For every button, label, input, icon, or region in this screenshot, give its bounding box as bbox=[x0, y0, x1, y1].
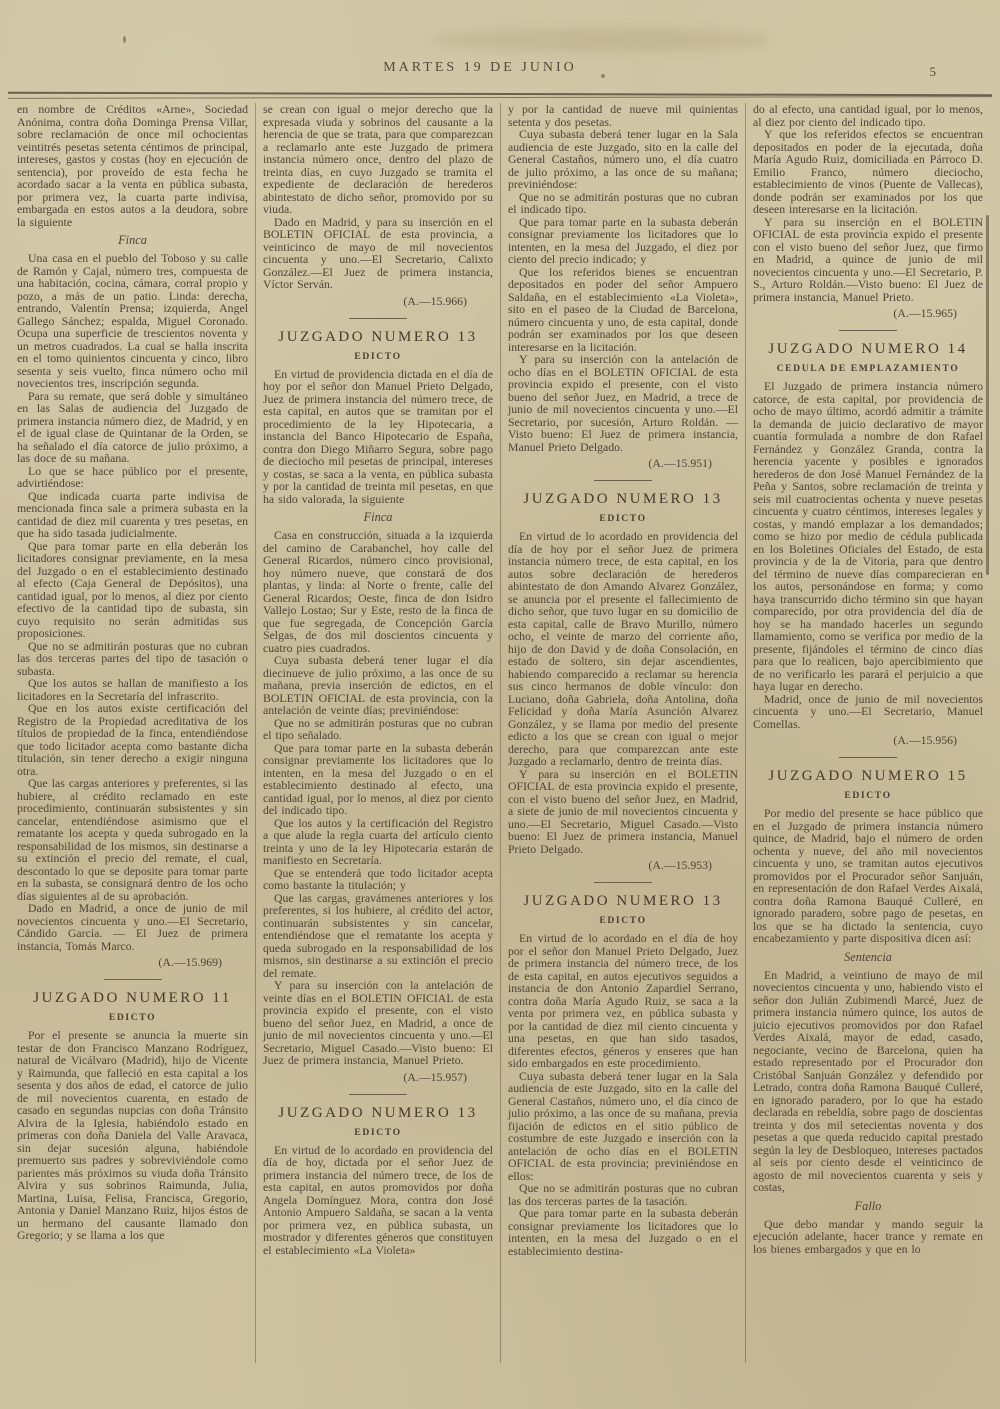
section-separator bbox=[594, 480, 652, 481]
notice-type-label: CEDULA DE EMPLAZAMIENTO bbox=[753, 363, 983, 374]
notice-type-label: EDICTO bbox=[753, 790, 983, 801]
paragraph: en nombre de Créditos «Arne», Sociedad A… bbox=[17, 103, 248, 228]
paragraph: Y para su inserción con la antelación de… bbox=[508, 353, 738, 453]
ghost-print-smudge bbox=[430, 28, 770, 52]
paragraph: y por la cantidad de nueve mil quinienta… bbox=[508, 103, 738, 128]
paragraph: Que no se admitirán posturas que no cubr… bbox=[508, 191, 738, 216]
paragraph: Que los autos y la certificación del Reg… bbox=[263, 817, 493, 867]
paragraph: Que no se admitirán posturas que no cubr… bbox=[17, 640, 248, 678]
column-4: do al efecto, una cantidad igual, por lo… bbox=[745, 103, 990, 1363]
paragraph: Lo que se hace público por el presente, … bbox=[17, 465, 248, 490]
notice-type-label: EDICTO bbox=[508, 915, 738, 926]
paragraph: Que los autos se hallan de manifiesto a … bbox=[17, 677, 248, 702]
paragraph: do al efecto, una cantidad igual, por lo… bbox=[753, 103, 983, 128]
paragraph: Que no se admitirán posturas que no cubr… bbox=[263, 717, 493, 742]
paragraph: En Madrid, a veintiuno de mayo de mil no… bbox=[753, 969, 983, 1194]
paragraph: se crean con igual o mejor derecho que l… bbox=[263, 103, 493, 216]
court-heading: JUZGADO NUMERO 14 bbox=[753, 341, 983, 358]
section-separator bbox=[349, 318, 407, 319]
section-separator bbox=[839, 757, 897, 758]
notice-type-label: EDICTO bbox=[17, 1012, 248, 1023]
subsection-label: Sentencia bbox=[753, 950, 983, 965]
subsection-label: Fallo bbox=[753, 1199, 983, 1214]
paragraph: Que las cargas anteriores y preferentes,… bbox=[17, 777, 248, 902]
paragraph: Dado en Madrid, y para su inserción en e… bbox=[263, 216, 493, 291]
reference-number: (A.—15.965) bbox=[753, 306, 983, 321]
reference-number: (A.—15.957) bbox=[263, 1070, 493, 1085]
court-heading: JUZGADO NUMERO 13 bbox=[508, 893, 738, 910]
header-divider bbox=[8, 93, 992, 98]
paragraph: Dado en Madrid, a once de junio de mil n… bbox=[17, 902, 248, 952]
column-2: se crean con igual o mejor derecho que l… bbox=[255, 103, 500, 1363]
section-separator bbox=[349, 1094, 407, 1095]
paragraph: El Juzgado de primera instancia número c… bbox=[753, 380, 983, 693]
paragraph: En virtud de providencia dictada en el d… bbox=[263, 368, 493, 506]
paragraph: Que en los autos existe certificación de… bbox=[17, 702, 248, 777]
court-heading: JUZGADO NUMERO 13 bbox=[263, 1105, 493, 1122]
column-1: en nombre de Créditos «Arne», Sociedad A… bbox=[10, 103, 255, 1363]
gazette-page: MARTES 19 DE JUNIO 5 en nombre de Crédit… bbox=[0, 0, 1000, 1409]
paragraph: En virtud de lo acordado en providencia … bbox=[508, 530, 738, 768]
paragraph: Que para tomar parte en la subasta deber… bbox=[508, 1207, 738, 1257]
court-heading: JUZGADO NUMERO 11 bbox=[17, 990, 248, 1007]
column-3: y por la cantidad de nueve mil quinienta… bbox=[500, 103, 745, 1363]
subsection-label: Finca bbox=[17, 233, 248, 248]
ink-speck bbox=[601, 74, 605, 78]
page-number: 5 bbox=[930, 64, 937, 80]
ink-speck bbox=[123, 36, 126, 43]
paragraph: Que para tomar parte en la subasta deber… bbox=[263, 742, 493, 817]
paragraph: Por medio del presente se hace público q… bbox=[753, 807, 983, 945]
section-separator bbox=[104, 979, 162, 980]
paragraph: Una casa en el pueblo del Toboso y su ca… bbox=[17, 252, 248, 390]
notice-type-label: EDICTO bbox=[508, 513, 738, 524]
paragraph: Casa en construcción, situada a la izqui… bbox=[263, 529, 493, 654]
paragraph: Cuya subasta deberá tener lugar en la Sa… bbox=[508, 128, 738, 191]
paragraph: Que no se admitirán posturas que no cubr… bbox=[508, 1182, 738, 1207]
paragraph: Que para tomar parte en ella deberán los… bbox=[17, 540, 248, 640]
paragraph: Por el presente se anuncia la muerte sin… bbox=[17, 1029, 248, 1242]
notice-type-label: EDICTO bbox=[263, 1127, 493, 1138]
court-heading: JUZGADO NUMERO 13 bbox=[263, 329, 493, 346]
section-separator bbox=[594, 882, 652, 883]
paragraph: Que indicada cuarta parte indivisa de me… bbox=[17, 490, 248, 540]
paragraph: Y para su inserción en el BOLETIN OFICIA… bbox=[508, 768, 738, 856]
page-title: MARTES 19 DE JUNIO bbox=[0, 60, 960, 76]
notice-type-label: EDICTO bbox=[263, 351, 493, 362]
paragraph: Que para tomar parte en la subasta deber… bbox=[508, 216, 738, 266]
reference-number: (A.—15.956) bbox=[753, 733, 983, 748]
paragraph: Cuya subasta deberá tener lugar el día d… bbox=[263, 654, 493, 717]
subsection-label: Finca bbox=[263, 510, 493, 525]
reference-number: (A.—15.969) bbox=[17, 955, 248, 970]
paragraph: Que debo mandar y mando seguir la ejecuc… bbox=[753, 1218, 983, 1256]
reference-number: (A.—15.953) bbox=[508, 858, 738, 873]
paragraph: Y que los referidos efectos se encuentra… bbox=[753, 128, 983, 216]
reference-number: (A.—15.966) bbox=[263, 294, 493, 309]
section-separator bbox=[839, 330, 897, 331]
paragraph: Cuya subasta deberá tener lugar en la Sa… bbox=[508, 1070, 738, 1183]
paragraph: En virtud de lo acordado en el día de ho… bbox=[508, 932, 738, 1070]
reference-number: (A.—15.951) bbox=[508, 456, 738, 471]
paragraph: Que los referidos bienes se encuentran d… bbox=[508, 266, 738, 354]
paragraph: Madrid, once de junio de mil novecientos… bbox=[753, 693, 983, 731]
paragraph: Que las cargas, gravámenes anteriores y … bbox=[263, 892, 493, 980]
text-columns: en nombre de Créditos «Arne», Sociedad A… bbox=[10, 103, 990, 1363]
court-heading: JUZGADO NUMERO 15 bbox=[753, 768, 983, 785]
paragraph: Y para su inserción en el BOLETIN OFICIA… bbox=[753, 216, 983, 304]
paragraph: Que se entenderá que todo licitador acep… bbox=[263, 867, 493, 892]
court-heading: JUZGADO NUMERO 13 bbox=[508, 491, 738, 508]
paragraph: Para su remate, que será doble y simultá… bbox=[17, 390, 248, 465]
paragraph: Y para su inserción con la antelación de… bbox=[263, 979, 493, 1067]
paragraph: En virtud de lo acordado en providencia … bbox=[263, 1144, 493, 1257]
